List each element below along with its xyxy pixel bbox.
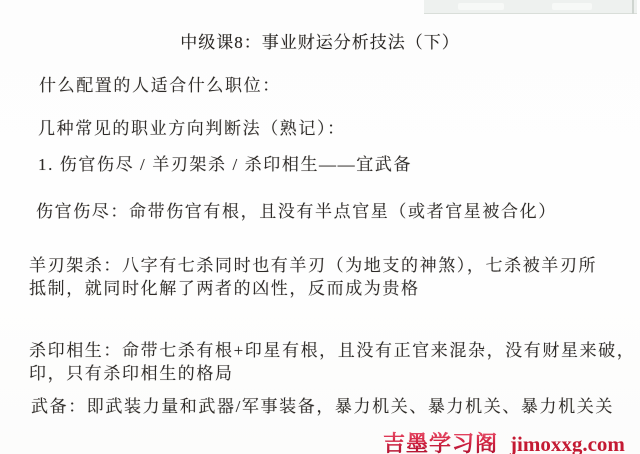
text-line: 什么配置的人适合什么职位： — [39, 74, 281, 97]
text-line: 1. 伤官伤尽 / 羊刃架杀 / 杀印相生——宜武备 — [38, 153, 412, 176]
text-line: 武备：即武装力量和武器/军事装备，暴力机关、暴力机关、暴力机关关 — [31, 395, 614, 418]
window-edge-highlight — [552, 3, 592, 10]
text-line: 伤官伤尽：命带伤官有根，且没有半点官星（或者官星被合化） — [36, 200, 557, 223]
paragraph-shayin-xiangsheng: 杀印相生：命带七杀有根+印星有根，且没有正官来混杂，没有财星来破， 印，只有杀印… — [29, 339, 635, 385]
paragraph-wubei-definition: 武备：即武装力量和武器/军事装备，暴力机关、暴力机关、暴力机关关 — [31, 395, 614, 418]
window-edge-highlight — [458, 3, 504, 10]
paragraph-yangren-jiasha: 羊刃架杀：八字有七杀同时也有羊刃（为地支的神煞），七杀被羊刃所 抵制，就同时化解… — [29, 254, 597, 300]
paragraph-list-item-1: 1. 伤官伤尽 / 羊刃架杀 / 杀印相生——宜武备 — [38, 153, 412, 176]
paragraph-shangguan-shangjin: 伤官伤尽：命带伤官有根，且没有半点官星（或者官星被合化） — [36, 200, 557, 223]
watermark-site-url: jimoxxg.com — [510, 432, 625, 454]
text-line: 羊刃架杀：八字有七杀同时也有羊刃（为地支的神煞），七杀被羊刃所 — [29, 254, 597, 277]
paragraph-job-fit-heading: 什么配置的人适合什么职位： — [39, 74, 281, 97]
text-line: 杀印相生：命带七杀有根+印星有根，且没有正官来混杂，没有财星来破， — [29, 339, 635, 362]
watermark-brand-text: 吉墨学习阁 — [383, 427, 498, 454]
text-line: 几种常见的职业方向判断法（熟记）： — [38, 117, 346, 140]
text-line: 抵制，就同时化解了两者的凶性，反而成为贵格 — [29, 277, 597, 300]
paragraph-methods-heading: 几种常见的职业方向判断法（熟记）： — [38, 117, 346, 140]
text-line: 印，只有杀印相生的格局 — [29, 362, 635, 385]
slide-page: 中级课8：事业财运分析技法（下） 什么配置的人适合什么职位： 几种常见的职业方向… — [0, 0, 640, 454]
window-edge-line — [632, 0, 634, 14]
page-title: 中级课8：事业财运分析技法（下） — [0, 28, 640, 53]
watermark: 吉墨学习阁 jimoxxg.com — [383, 427, 625, 454]
window-edge-bar — [424, 0, 637, 14]
